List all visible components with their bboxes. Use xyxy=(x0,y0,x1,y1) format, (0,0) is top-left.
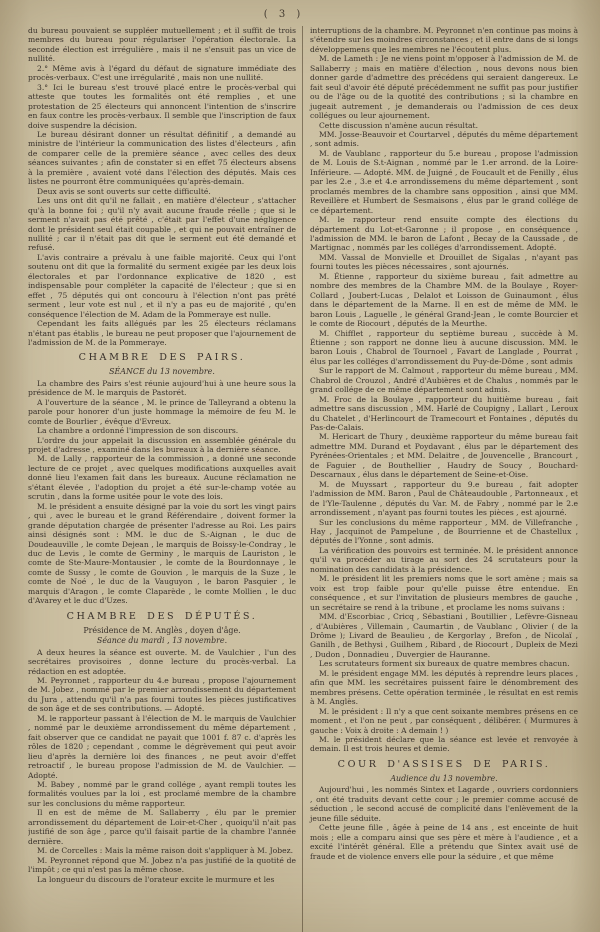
paragraph: M. de Muyssart , rapporteur du 9.e burea… xyxy=(310,480,578,518)
paragraph: M. Peyronnet , rapporteur du 4.e bureau … xyxy=(28,676,296,714)
paragraph: M. le président lit les premiers noms qu… xyxy=(310,574,578,612)
paragraph: M. Étienne , rapporteur du sixième burea… xyxy=(310,272,578,329)
section-subheading: Audience du 13 novembre. xyxy=(310,774,578,783)
paragraph: La chambre des Pairs s'est réunie aujour… xyxy=(28,379,296,398)
paragraph: L'avis contraire a prévalu à une faible … xyxy=(28,253,296,319)
paragraph: MM. d'Escorbiac , Cricq , Sébastiani , B… xyxy=(310,612,578,659)
column-left: du bureau pouvaient se suppléer mutuelle… xyxy=(28,26,302,932)
paragraph: M. Peyronnet répond que M. Jobez n'a pas… xyxy=(28,856,296,875)
paragraph: 2.° Même avis à l'égard du défaut de sig… xyxy=(28,64,296,83)
paragraph: MM. Vassal de Monvielle et Drouillet de … xyxy=(310,253,578,272)
paragraph: Sur le rapport de M. Calmout , rapporteu… xyxy=(310,366,578,394)
section-heading: COUR D'ASSISES DE PARIS. xyxy=(310,759,578,771)
section-subheading: SÉANCE du 13 novembre. xyxy=(28,367,296,376)
paragraph: La longueur du discours de l'orateur exc… xyxy=(28,875,296,884)
paragraph: M. Hericart de Thury , deuxième rapporte… xyxy=(310,432,578,479)
paragraph: M. le président déclare que la séance es… xyxy=(310,735,578,754)
paragraph: M. de Lally , rapporteur de la commissio… xyxy=(28,454,296,501)
column-right: interruptions de la chambre. M. Peyronne… xyxy=(302,26,578,932)
paragraph: Aujourd'hui , les nommés Sintex et Lagar… xyxy=(310,785,578,823)
newspaper-page: ( 3 ) du bureau pouvaient se suppléer mu… xyxy=(0,0,600,932)
text-columns: du bureau pouvaient se suppléer mutuelle… xyxy=(0,26,600,932)
paragraph: Il en est de même de M. Sallaberry , élu… xyxy=(28,808,296,846)
paragraph: A deux heures la séance est ouverte. M. … xyxy=(28,648,296,676)
paragraph: interruptions de la chambre. M. Peyronne… xyxy=(310,26,578,54)
paragraph: MM. Josse-Beauvoir et Courtarvel , déput… xyxy=(310,130,578,149)
paragraph: Deux avis se sont ouverts sur cette diff… xyxy=(28,187,296,196)
paragraph: M. Babey , nommé par le grand collége , … xyxy=(28,780,296,808)
paragraph: M. Froc de la Boulaye , rapporteur du hu… xyxy=(310,395,578,433)
paragraph: Cependant les faits allégués par les 25 … xyxy=(28,319,296,347)
paragraph: Le bureau désirant donner un résultat dé… xyxy=(28,130,296,187)
paragraph: La vérification des pouvoirs est terminé… xyxy=(310,546,578,574)
paragraph: Cette discussion n'amène aucun résultat. xyxy=(310,121,578,130)
section-heading: CHAMBRE DES PAIRS. xyxy=(28,352,296,364)
page-number: ( 3 ) xyxy=(248,9,320,20)
paragraph: M. le président a ensuite désigné par la… xyxy=(28,502,296,606)
paragraph: 3.° Ici le bureau s'est trouvé placé ent… xyxy=(28,83,296,130)
paragraph: M. le président engage MM. les députés à… xyxy=(310,669,578,707)
paragraph: M. Chifflet , rapporteur du septième bur… xyxy=(310,329,578,367)
paragraph: Sur les conclusions du même rapporteur ,… xyxy=(310,518,578,546)
paragraph: M. de Lameth : Je ne viens point m'oppos… xyxy=(310,54,578,120)
paragraph: Les uns ont dit qu'il ne fallait , en ma… xyxy=(28,196,296,253)
paragraph: La chambre a ordonné l'impression de son… xyxy=(28,426,296,435)
paragraph: M. de Vaublanc , rapporteur du 5.e burea… xyxy=(310,149,578,215)
paragraph: M. le rapporteur rend ensuite compte des… xyxy=(310,215,578,253)
paragraph: Cette jeune fille , âgée à peine de 14 a… xyxy=(310,823,578,861)
paragraph: Les scrutateurs forment six bureaux de q… xyxy=(310,659,578,668)
section-subheading: Présidence de M. Anglès , doyen d'âge. xyxy=(28,626,296,635)
paragraph: A l'ouverture de la séance , M. le princ… xyxy=(28,398,296,426)
section-subheading: Séance du mardi , 13 novembre. xyxy=(28,636,296,645)
paragraph: M. le président : Il n'y a que cent soix… xyxy=(310,707,578,735)
paragraph: M. de Corcelles : Mais la même raison do… xyxy=(28,846,296,855)
paragraph: du bureau pouvaient se suppléer mutuelle… xyxy=(28,26,296,64)
paragraph: L'ordre du jour appelait la discussion e… xyxy=(28,436,296,455)
section-heading: CHAMBRE DES DÉPUTÉS. xyxy=(28,611,296,623)
paragraph: M. le rapporteur passant à l'élection de… xyxy=(28,714,296,780)
